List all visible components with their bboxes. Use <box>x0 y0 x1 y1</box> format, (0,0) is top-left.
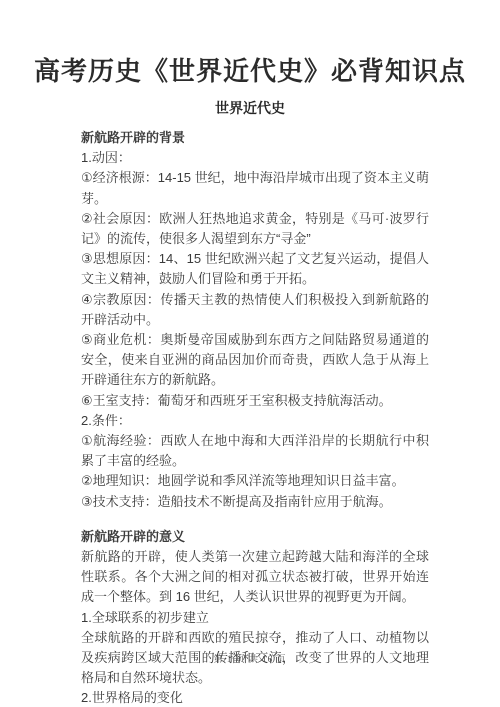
paragraph: 1.全球联系的初步建立 <box>81 608 429 628</box>
document-page: 高考历史《世界近代史》必背知识点 世界近代史 新航路开辟的背景 1.动因： ①经… <box>0 0 500 707</box>
doc-title: 高考历史《世界近代史》必背知识点 <box>0 0 500 87</box>
paragraph: 2.条件： <box>81 411 429 431</box>
doc-body: 新航路开辟的背景 1.动因： ①经济根源：14-15 世纪，地中海沿岸城市出现了… <box>81 128 429 707</box>
paragraph: ⑥王室支持：葡萄牙和西班牙王室积极支持航海活动。 <box>81 391 429 411</box>
section-heading: 新航路开辟的意义 <box>81 527 429 547</box>
paragraph: ①航海经验：西欧人在地中海和大西洋沿岸的长期航行中积累了丰富的经验。 <box>81 431 429 471</box>
doc-subtitle: 世界近代史 <box>0 100 500 116</box>
paragraph: ⑤商业危机：奥斯曼帝国威胁到东西方之间陆路贸易通道的安全，使来自亚洲的商品因加价… <box>81 330 429 391</box>
page-number-footer: 第 1 页 共 16 页 <box>0 653 500 665</box>
paragraph: 2.世界格局的变化 <box>81 688 429 707</box>
paragraph: ②社会原因：欧洲人狂热地追求黄金，特别是《马可·波罗行记》的流传，使很多人渴望到… <box>81 209 429 249</box>
section-new-route-background: 新航路开辟的背景 1.动因： ①经济根源：14-15 世纪，地中海沿岸城市出现了… <box>81 128 429 512</box>
paragraph: ①经济根源：14-15 世纪，地中海沿岸城市出现了资本主义萌芽。 <box>81 168 429 208</box>
paragraph: ③思想原因：14、15 世纪欧洲兴起了文艺复兴运动，提倡人文主义精神，鼓励人们冒… <box>81 249 429 289</box>
paragraph: 新航路的开辟，使人类第一次建立起跨越大陆和海洋的全球性联系。各个大洲之间的相对孤… <box>81 547 429 608</box>
section-new-route-significance: 新航路开辟的意义 新航路的开辟，使人类第一次建立起跨越大陆和海洋的全球性联系。各… <box>81 527 429 707</box>
paragraph: ④宗教原因：传播天主教的热情使人们积极投入到新航路的开辟活动中。 <box>81 290 429 330</box>
section-heading: 新航路开辟的背景 <box>81 128 429 148</box>
paragraph: 1.动因： <box>81 148 429 168</box>
paragraph: ③技术支持：造船技术不断提高及指南针应用于航海。 <box>81 492 429 512</box>
paragraph: ②地理知识：地圆学说和季风洋流等地理知识日益丰富。 <box>81 471 429 491</box>
